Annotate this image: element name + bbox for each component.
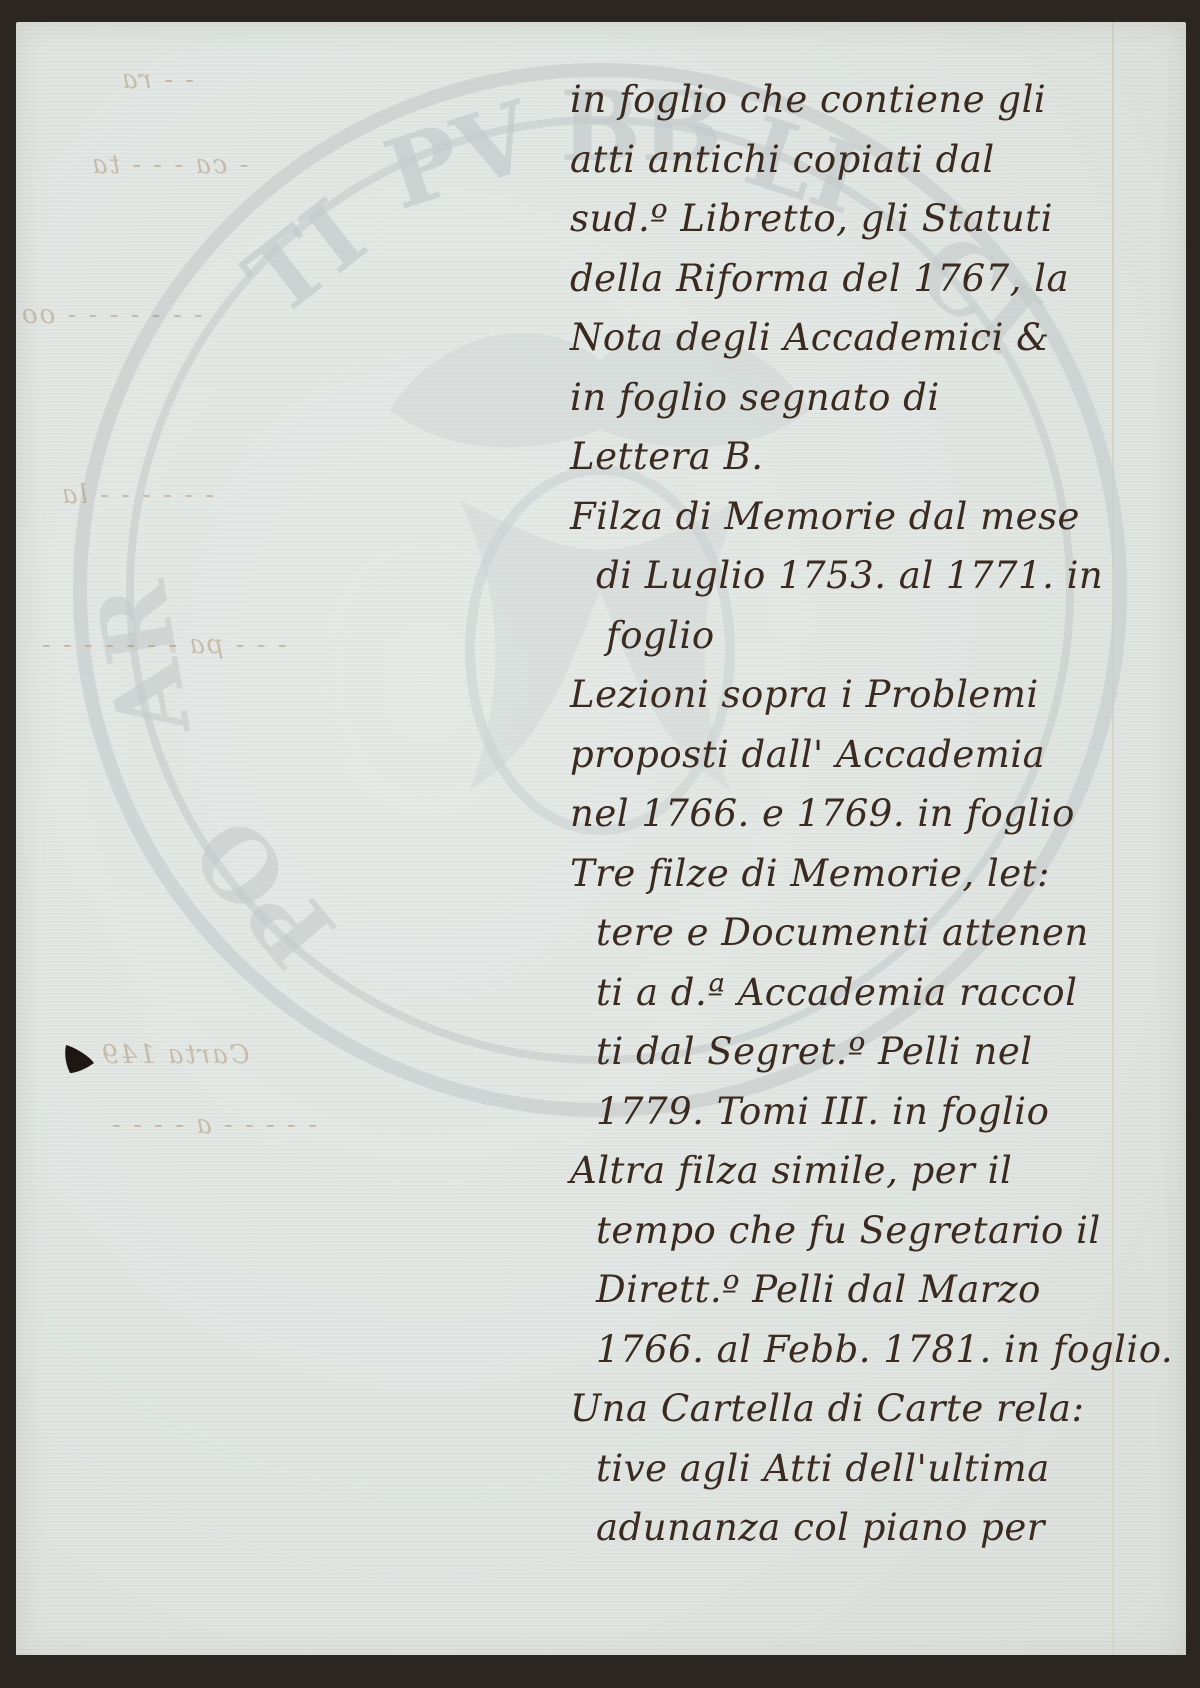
manuscript-line: Lezioni sopra i Problemi	[570, 665, 1110, 725]
page-fold-line	[1112, 22, 1114, 1662]
bleed-through-text: - - - - - a - - - -	[110, 1110, 317, 1140]
manuscript-line: proposti dall' Accademia	[570, 725, 1110, 785]
manuscript-line: Altra filza simile, per il	[570, 1141, 1110, 1201]
manuscript-line: foglio	[570, 606, 1110, 666]
manuscript-line: tere e Documenti attenen	[570, 903, 1110, 963]
manuscript-line: Tre filze di Memorie, let:	[570, 844, 1110, 904]
bleed-through-text: - ca - - - ta	[90, 150, 248, 180]
bleed-through-text: - - - pa - - - - - - -	[40, 630, 287, 660]
manuscript-line: 1766. al Febb. 1781. in foglio.	[570, 1320, 1110, 1380]
manuscript-line: 1779. Tomi III. in foglio	[570, 1082, 1110, 1142]
bleed-through-text: Carta 149	[100, 1040, 250, 1070]
manuscript-text: in foglio che contiene gli atti antichi …	[570, 70, 1110, 1558]
ink-blot-icon	[62, 1043, 96, 1075]
manuscript-line: adunanza col piano per	[570, 1498, 1110, 1558]
bleed-through-text: - - ra	[120, 65, 194, 95]
manuscript-line: Lettera B.	[570, 427, 1110, 487]
manuscript-line: ti a d.ª Accademia raccol	[570, 963, 1110, 1023]
manuscript-line: Dirett.º Pelli dal Marzo	[570, 1260, 1110, 1320]
manuscript-line: Una Cartella di Carte rela:	[570, 1379, 1110, 1439]
manuscript-line: tive agli Atti dell'ultima	[570, 1439, 1110, 1499]
manuscript-line: nel 1766. e 1769. in foglio	[570, 784, 1110, 844]
manuscript-line: di Luglio 1753. al 1771. in	[570, 546, 1110, 606]
bleed-through-text: - - - - - - - oo	[20, 300, 203, 330]
manuscript-line: sud.º Libretto, gli Statuti	[570, 189, 1110, 249]
bleed-through-text: - - - - - - la	[60, 480, 214, 510]
manuscript-line: in foglio segnato di	[570, 368, 1110, 428]
manuscript-line: Nota degli Accademici &	[570, 308, 1110, 368]
manuscript-line: Filza di Memorie dal mese	[570, 487, 1110, 547]
manuscript-line: in foglio che contiene gli	[570, 70, 1110, 130]
scan-border-bottom	[16, 1655, 1186, 1665]
manuscript-line: della Riforma del 1767, la	[570, 249, 1110, 309]
manuscript-line: atti antichi copiati dal	[570, 130, 1110, 190]
manuscript-line: ti dal Segret.º Pelli nel	[570, 1022, 1110, 1082]
manuscript-line: tempo che fu Segretario il	[570, 1201, 1110, 1261]
